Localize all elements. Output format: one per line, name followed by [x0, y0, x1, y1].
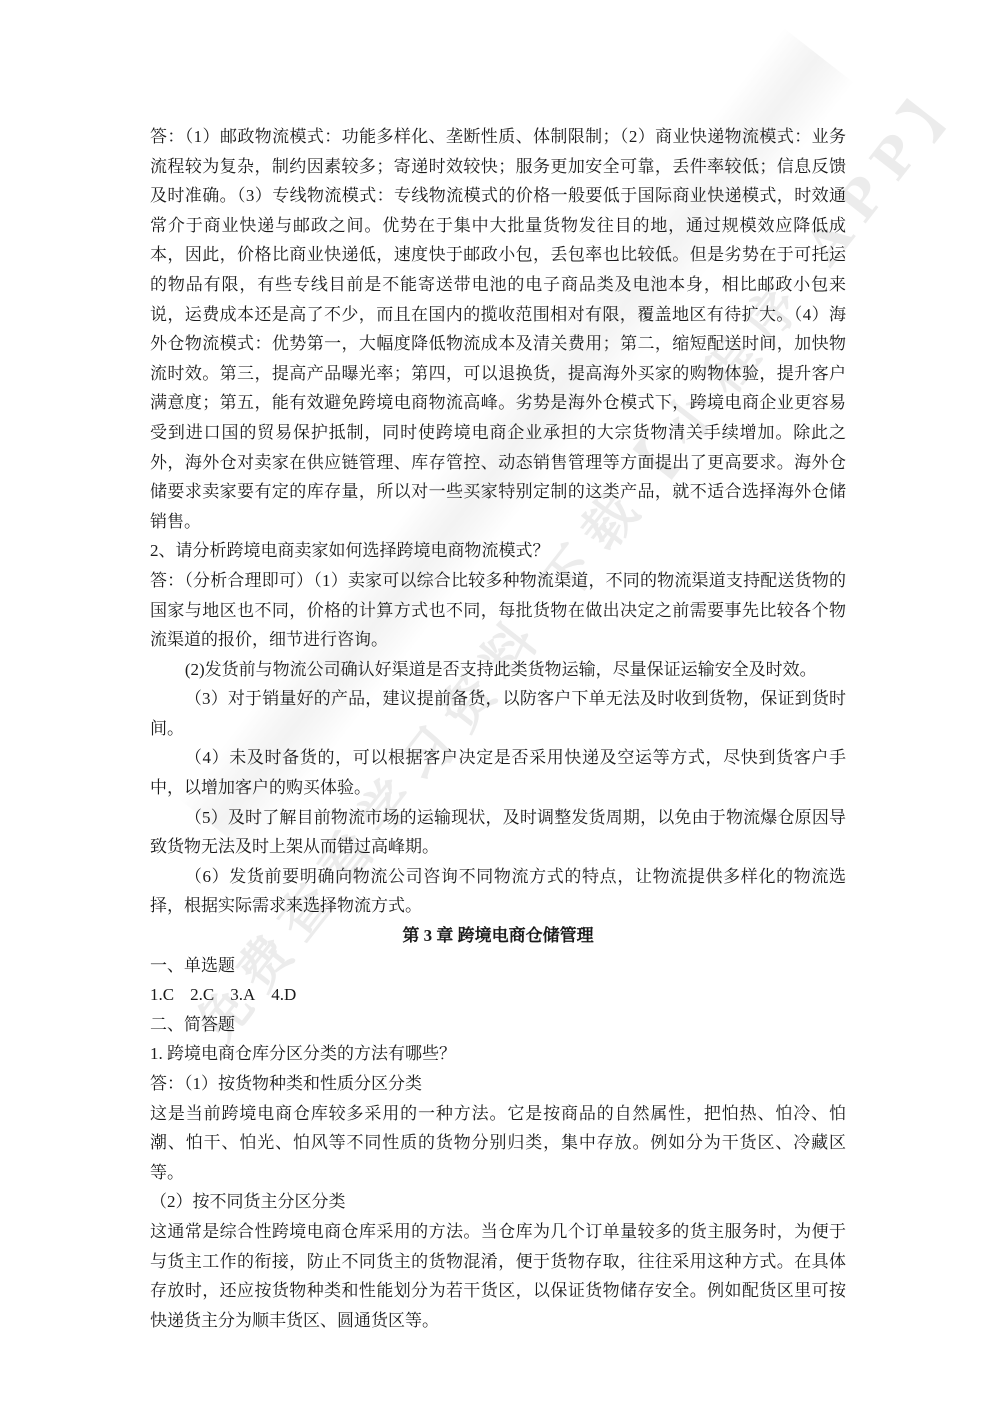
document-body: 答：（1）邮政物流模式：功能多样化、垄断性质、体制限制；（2）商业快递物流模式：… — [150, 122, 846, 1335]
answer-part-1-heading: 答：（1）按货物种类和性质分区分类 — [150, 1069, 846, 1099]
answer-2-point: （6）发货前要明确向物流公司咨询不同物流方式的特点，让物流提供多样化的物流选择，… — [150, 862, 846, 921]
answer-part-2-heading: （2）按不同货主分区分类 — [150, 1187, 846, 1217]
answer-part-1-body: 这是当前跨境电商仓库较多采用的一种方法。它是按商品的自然属性，把怕热、怕冷、怕潮… — [150, 1099, 846, 1188]
answer-part-2-body: 这通常是综合性跨境电商仓库采用的方法。当仓库为几个订单量较多的货主服务时，为便于… — [150, 1217, 846, 1335]
answer-2-point: （3）对于销量好的产品，建议提前备货，以防客户下单无法及时收到货物，保证到货时间… — [150, 684, 846, 743]
question-1: 1. 跨境电商仓库分区分类的方法有哪些？ — [150, 1039, 846, 1069]
document-page: 免费查看学习资料 下载【小程序 APP】 答：（1）邮政物流模式：功能多样化、垄… — [0, 0, 993, 1404]
section-heading-short-answer: 二、简答题 — [150, 1010, 846, 1040]
answer-2-point: (2)发货前与物流公司确认好渠道是否支持此类货物运输，尽量保证运输安全及时效。 — [150, 655, 846, 685]
chapter-title: 第 3 章 跨境电商仓储管理 — [150, 921, 846, 951]
mc-answer: 3.A — [230, 980, 255, 1010]
mc-answer: 1.C — [150, 980, 174, 1010]
mc-answer: 2.C — [190, 980, 214, 1010]
mc-answer-row: 1.C2.C3.A4.D — [150, 980, 846, 1010]
section-heading-single-choice: 一、单选题 — [150, 951, 846, 981]
answer-2-point: （5）及时了解目前物流市场的运输现状，及时调整发货周期，以免由于物流爆仓原因导致… — [150, 803, 846, 862]
answer-2-intro: 答：（分析合理即可）（1）卖家可以综合比较多种物流渠道，不同的物流渠道支持配送货… — [150, 566, 846, 655]
question-2: 2、请分析跨境电商卖家如何选择跨境电商物流模式？ — [150, 536, 846, 566]
mc-answer: 4.D — [271, 980, 296, 1010]
answer-paragraph: 答：（1）邮政物流模式：功能多样化、垄断性质、体制限制；（2）商业快递物流模式：… — [150, 122, 846, 536]
answer-2-point: （4）未及时备货的，可以根据客户决定是否采用快递及空运等方式，尽快到货客户手中，… — [150, 743, 846, 802]
